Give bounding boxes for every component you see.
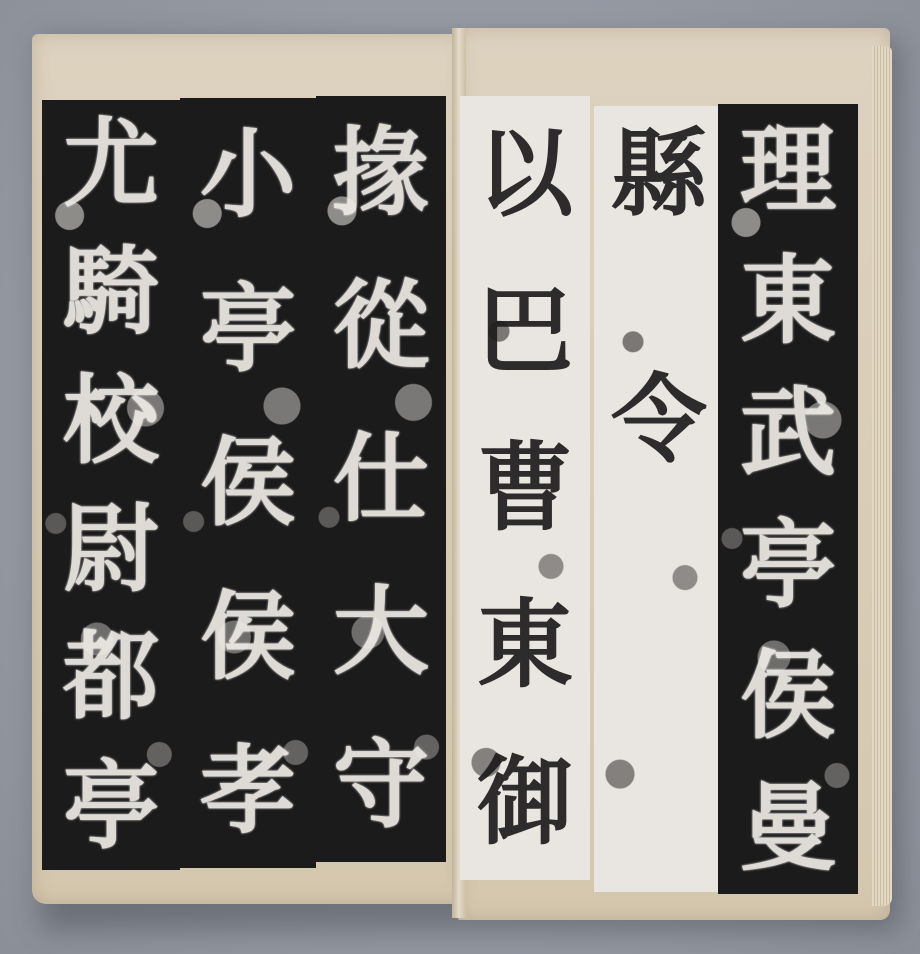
character: 理 — [740, 122, 836, 218]
character: 侯 — [740, 648, 836, 744]
character: 巴 — [477, 283, 573, 379]
character: 小 — [200, 127, 296, 223]
character: 東 — [740, 253, 836, 349]
character: 騎 — [63, 244, 159, 340]
character: 亭 — [200, 281, 296, 377]
character: 從 — [333, 278, 429, 374]
rubbing-column-left-2: 小 亭 侯 侯 孝 — [180, 98, 316, 868]
character: 大 — [333, 584, 429, 680]
character: 御 — [477, 754, 573, 850]
character: 武 — [740, 385, 836, 481]
character: 亭 — [63, 758, 159, 854]
character: 校 — [63, 373, 159, 469]
character: 尉 — [63, 501, 159, 597]
rubbing-column-left-1: 尤 騎 校 尉 都 亭 — [42, 100, 180, 870]
character: 曼 — [740, 780, 836, 876]
rubbing-column-right-2: 縣 令 — [594, 106, 724, 892]
character: 曹 — [477, 440, 573, 536]
character: 侯 — [200, 435, 296, 531]
rubbing-column-right-3: 理 東 武 亭 侯 曼 — [718, 104, 858, 894]
character: 掾 — [333, 125, 429, 221]
rubbing-column-left-3: 掾 從 仕 大 守 — [316, 96, 446, 862]
character: 東 — [477, 597, 573, 693]
character: 侯 — [200, 589, 296, 685]
character: 縣 — [611, 126, 707, 222]
character: 尤 — [63, 116, 159, 212]
rubbing-column-right-1: 以 巴 曹 東 御 — [460, 96, 590, 880]
character: 孝 — [200, 743, 296, 839]
character: 以 — [477, 126, 573, 222]
character: 亭 — [740, 517, 836, 613]
character: 守 — [333, 737, 429, 833]
character: 仕 — [333, 431, 429, 527]
character: 都 — [63, 629, 159, 725]
character: 令 — [611, 372, 707, 468]
page-stack-edge — [872, 46, 892, 906]
